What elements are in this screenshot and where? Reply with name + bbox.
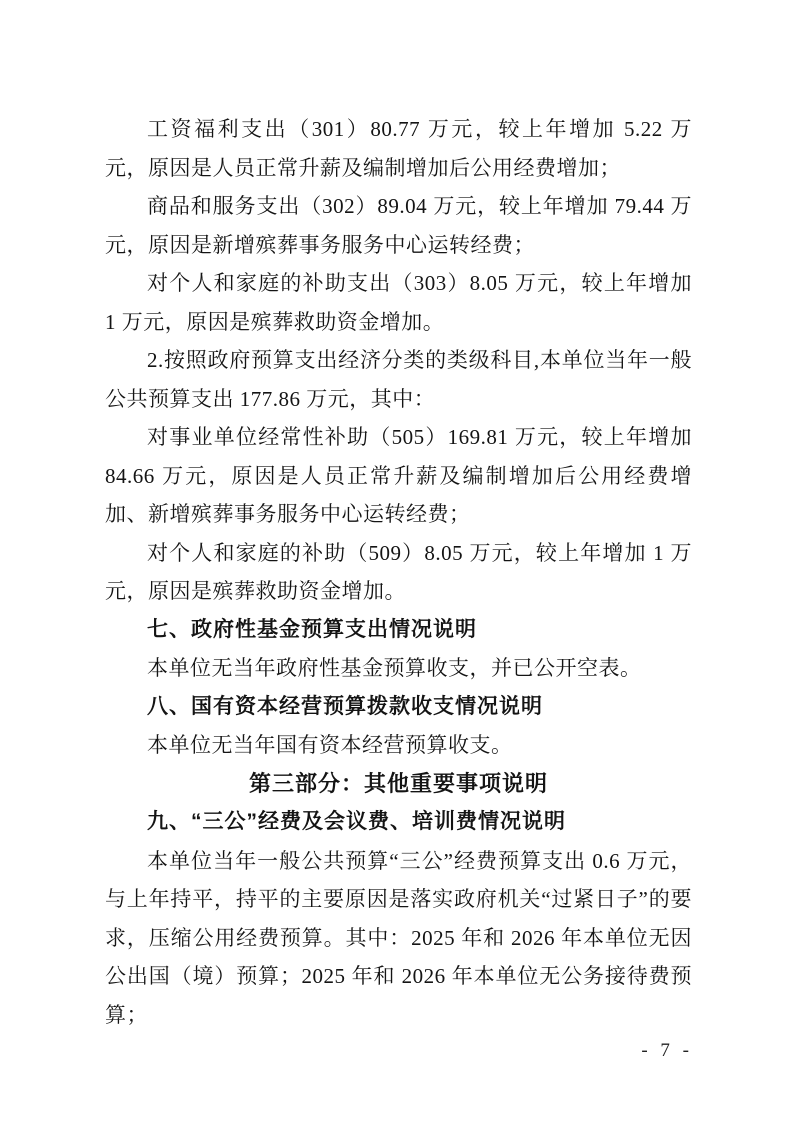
paragraph: 对个人和家庭的补助（509）8.05 万元，较上年增加 1 万元，原因是殡葬救助… — [105, 534, 692, 611]
paragraph: 对个人和家庭的补助支出（303）8.05 万元，较上年增加 1 万元，原因是殡葬… — [105, 264, 692, 341]
paragraph: 工资福利支出（301）80.77 万元，较上年增加 5.22 万元，原因是人员正… — [105, 110, 692, 187]
paragraph: 对事业单位经常性补助（505）169.81 万元，较上年增加 84.66 万元，… — [105, 418, 692, 534]
paragraph: 本单位当年一般公共预算“三公”经费预算支出 0.6 万元，与上年持平，持平的主要… — [105, 842, 692, 1035]
paragraph: 本单位无当年政府性基金预算收支，并已公开空表。 — [105, 649, 692, 688]
section-heading: 八、国有资本经营预算拨款收支情况说明 — [105, 688, 692, 727]
paragraph: 本单位无当年国有资本经营预算收支。 — [105, 726, 692, 765]
paragraph: 2.按照政府预算支出经济分类的类级科目,本单位当年一般公共预算支出 177.86… — [105, 341, 692, 418]
section-heading: 九、“三公”经费及会议费、培训费情况说明 — [105, 803, 692, 842]
part-title: 第三部分：其他重要事项说明 — [105, 765, 692, 804]
paragraph: 商品和服务支出（302）89.04 万元，较上年增加 79.44 万元，原因是新… — [105, 187, 692, 264]
page-number: - 7 - — [641, 1040, 693, 1062]
document-body: 工资福利支出（301）80.77 万元，较上年增加 5.22 万元，原因是人员正… — [105, 110, 692, 1034]
document-page: 工资福利支出（301）80.77 万元，较上年增加 5.22 万元，原因是人员正… — [0, 0, 793, 1122]
section-heading: 七、政府性基金预算支出情况说明 — [105, 611, 692, 650]
